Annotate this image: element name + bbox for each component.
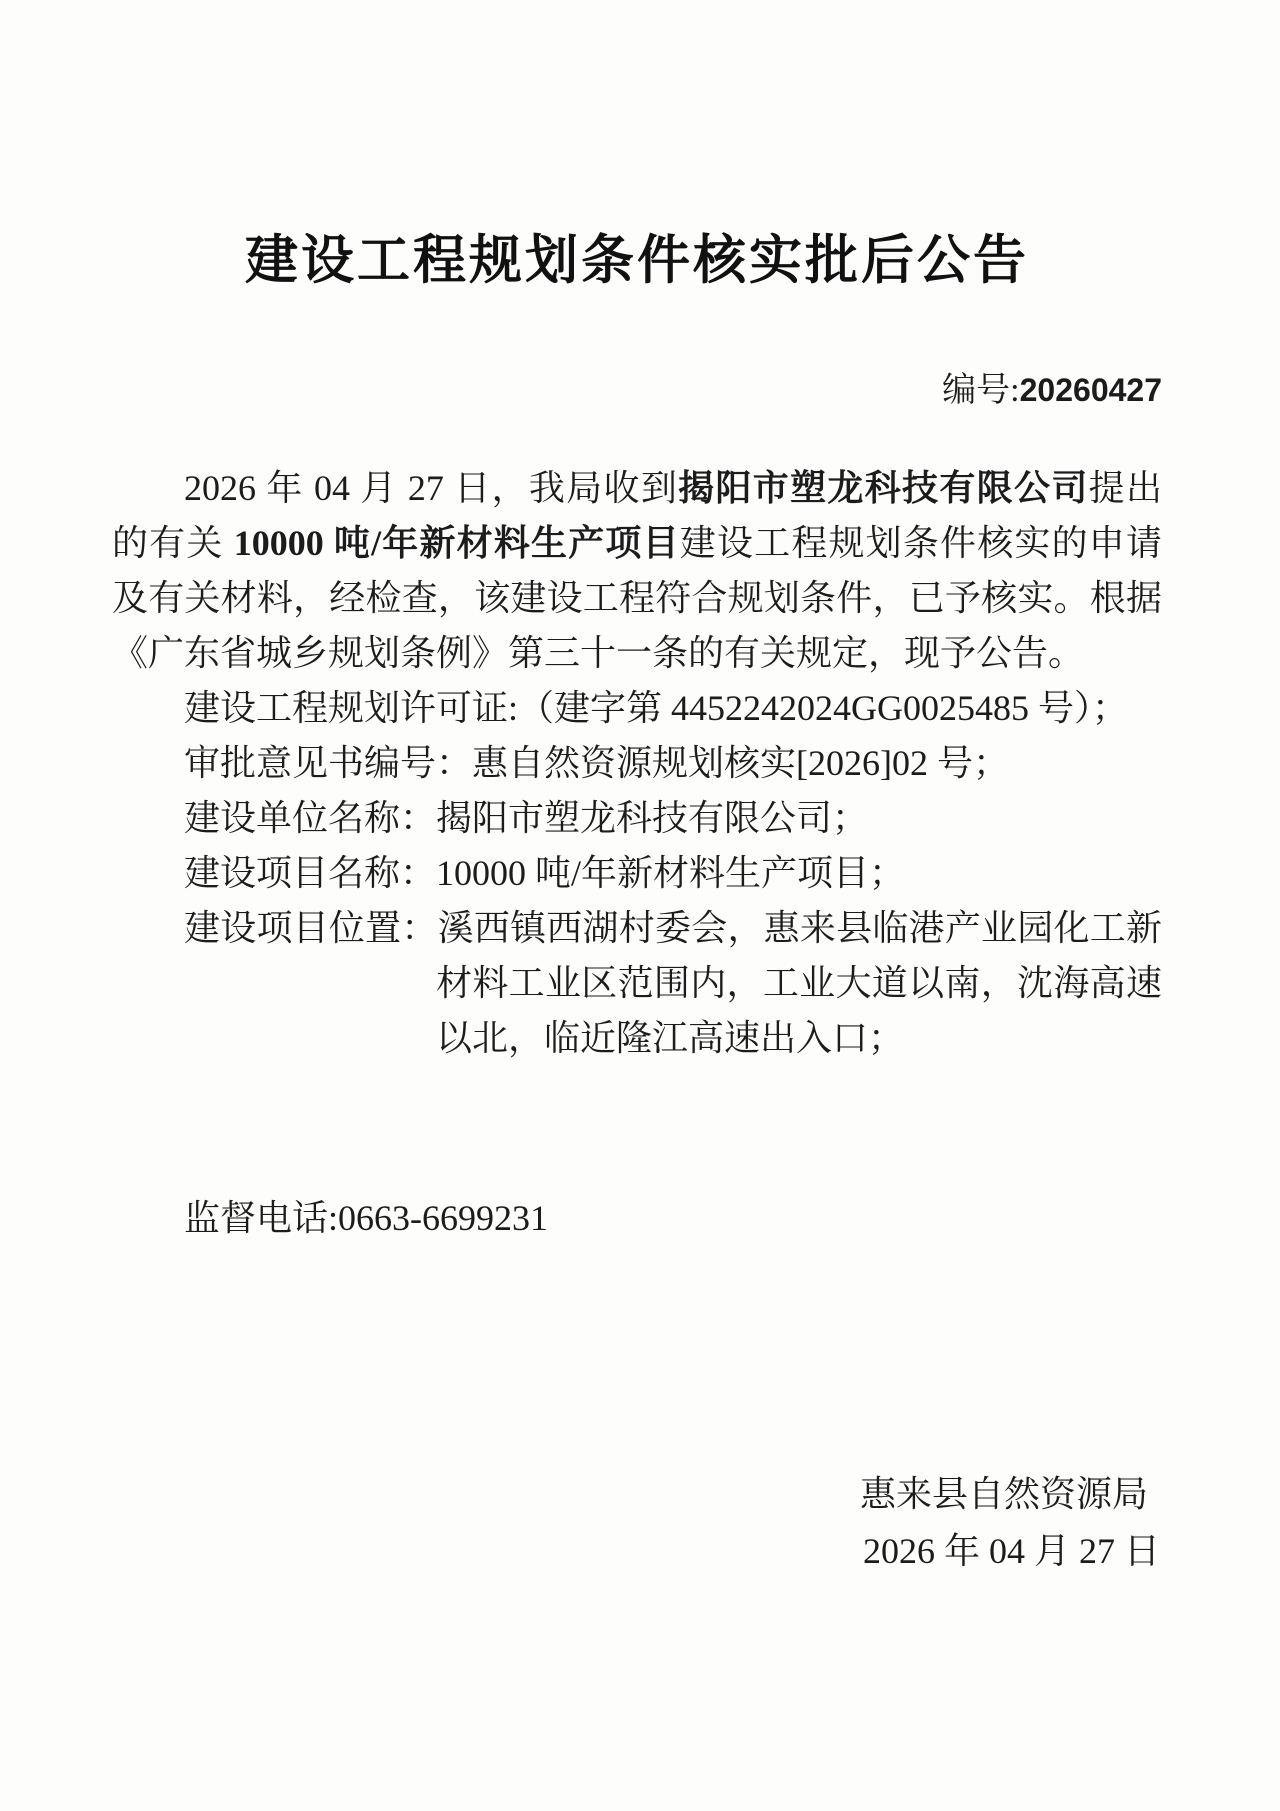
page-title: 建设工程规划条件核实批后公告: [112, 228, 1162, 294]
intro-seg1: 2026 年 04 月 27 日，我局收到: [184, 468, 678, 508]
issuer-name: 惠来县自然资源局: [112, 1466, 1162, 1523]
detail-list: 建设工程规划许可证:（建字第 4452242024GG0025485 号）； 审…: [112, 681, 1162, 1066]
doc-number-value: 20260427: [1020, 372, 1162, 408]
detail-project-location-value: 溪西镇西湖村委会，惠来县临港产业园化工新材料工业区范围内，工业大道以南，沈海高速…: [436, 908, 1162, 1058]
doc-number-line: 编号:20260427: [112, 368, 1162, 413]
project-name: 10000 吨/年新材料生产项目: [234, 523, 680, 563]
supervision-phone: 监督电话:0663-6699231: [112, 1191, 1162, 1246]
detail-approval-doc-number: 审批意见书编号：惠自然资源规划核实[2026]02 号；: [112, 736, 1162, 791]
detail-project-name: 建设项目名称：10000 吨/年新材料生产项目；: [112, 846, 1162, 901]
issue-date: 2026 年 04 月 27 日: [112, 1523, 1162, 1580]
signature-block: 惠来县自然资源局 2026 年 04 月 27 日: [112, 1466, 1162, 1580]
detail-construction-unit: 建设单位名称：揭阳市塑龙科技有限公司；: [112, 791, 1162, 846]
applicant-company-name: 揭阳市塑龙科技有限公司: [678, 468, 1089, 508]
detail-planning-permit: 建设工程规划许可证:（建字第 4452242024GG0025485 号）；: [112, 681, 1162, 736]
detail-project-location-label: 建设项目位置：: [184, 908, 438, 948]
announcement-document: 建设工程规划条件核实批后公告 编号:20260427 2026 年 04 月 2…: [0, 0, 1280, 1811]
doc-number-label: 编号:: [942, 372, 1019, 409]
detail-project-location: 建设项目位置：溪西镇西湖村委会，惠来县临港产业园化工新材料工业区范围内，工业大道…: [184, 901, 1162, 1066]
intro-paragraph: 2026 年 04 月 27 日，我局收到揭阳市塑龙科技有限公司提出的有关 10…: [112, 461, 1162, 681]
